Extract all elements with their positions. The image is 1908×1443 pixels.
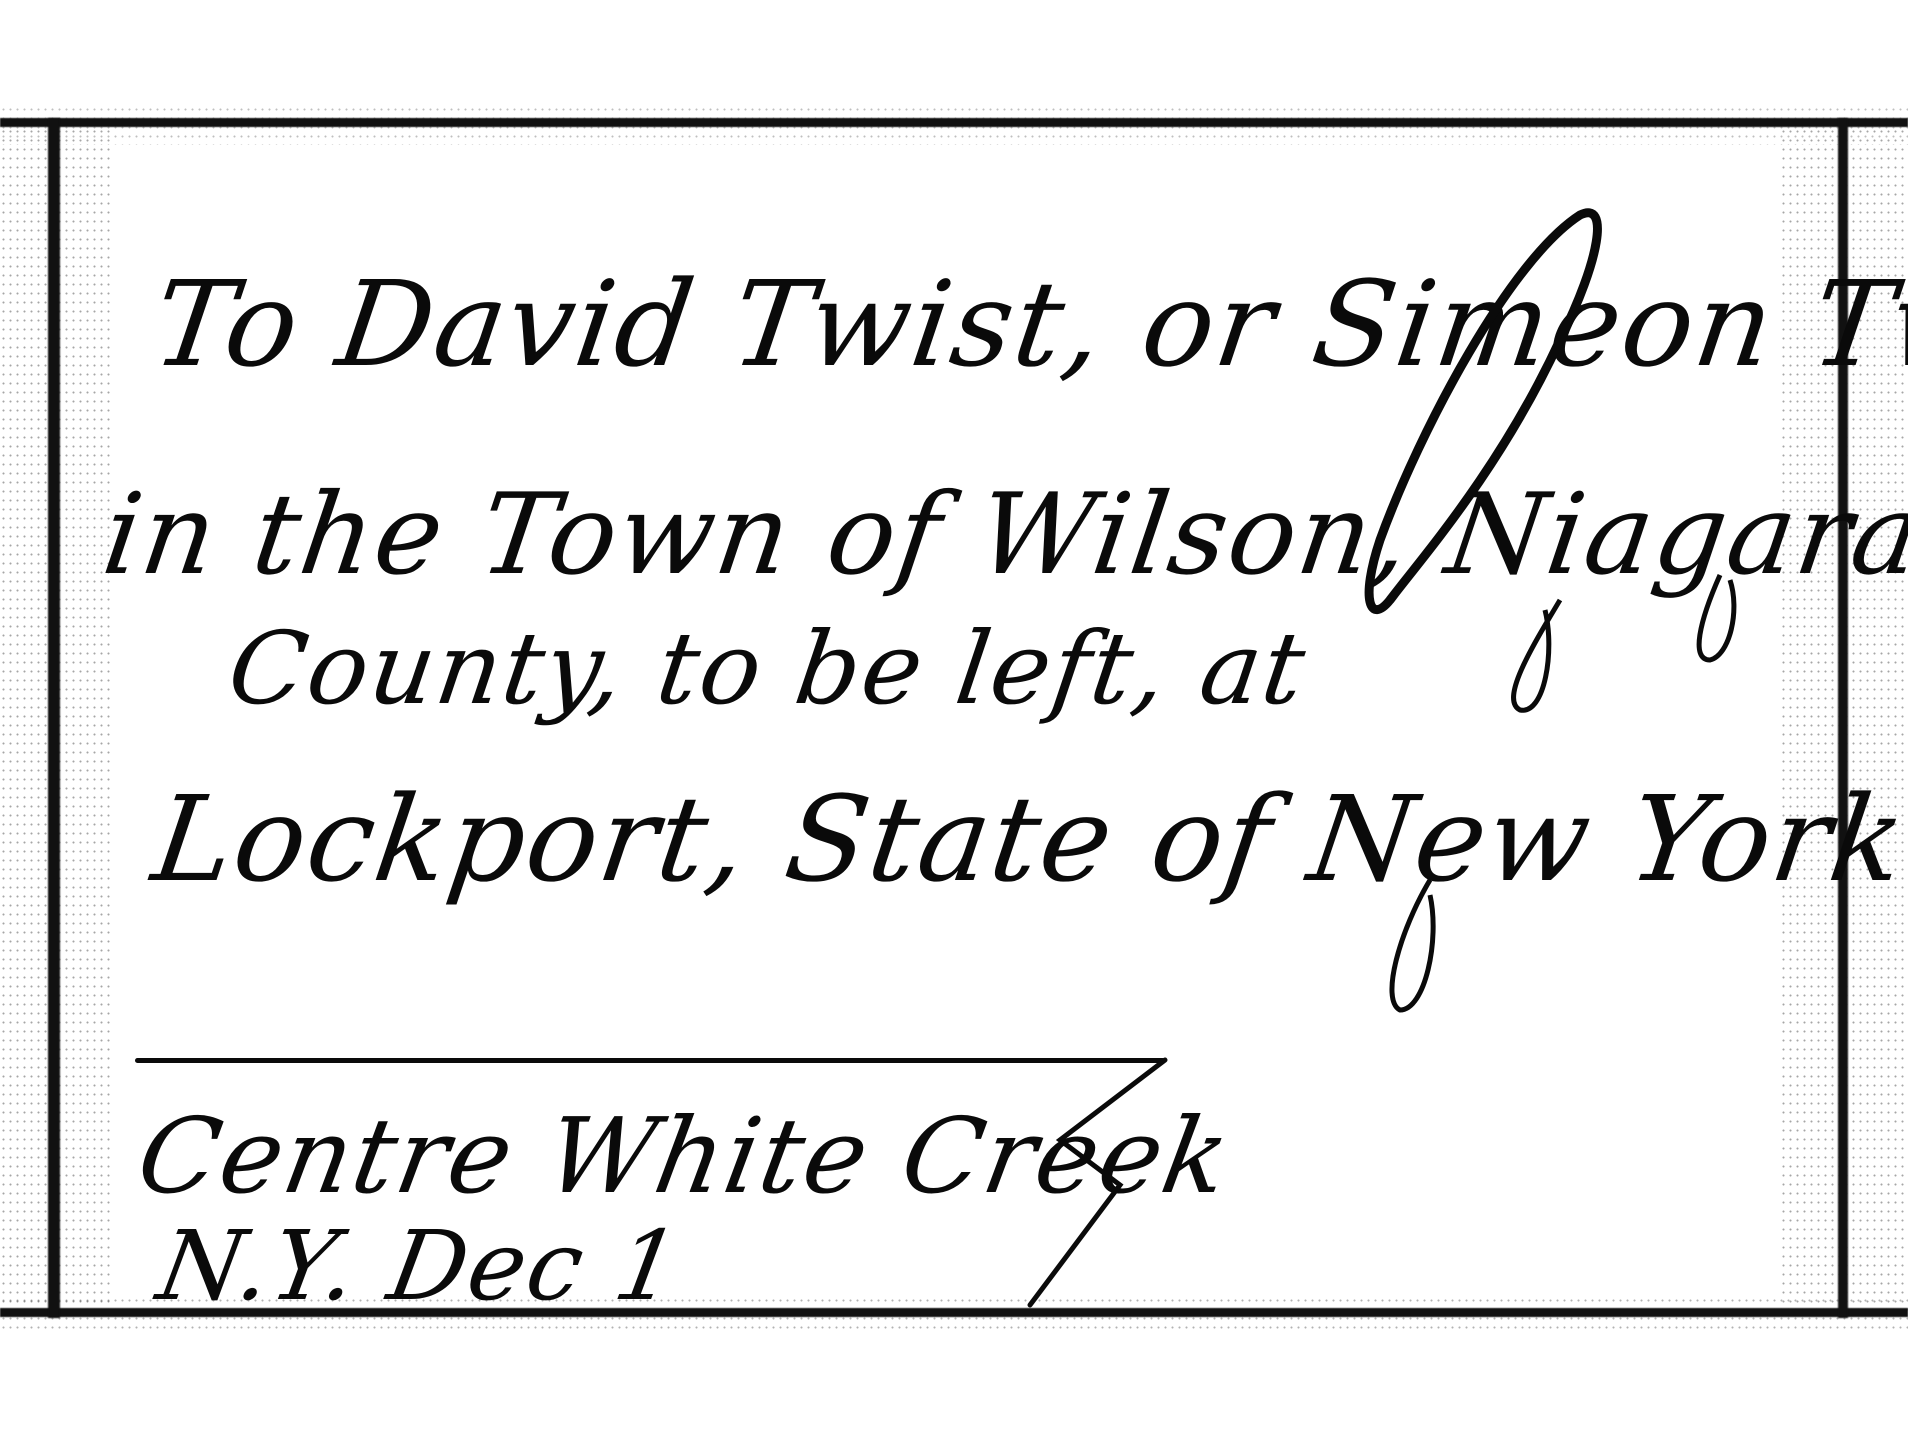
rate-mark-loop-icon: [1369, 213, 1597, 610]
document-scan: To David Twist, or Simeon Twist, in the …: [0, 0, 1908, 1443]
pen-flourishes: [0, 0, 1908, 1443]
